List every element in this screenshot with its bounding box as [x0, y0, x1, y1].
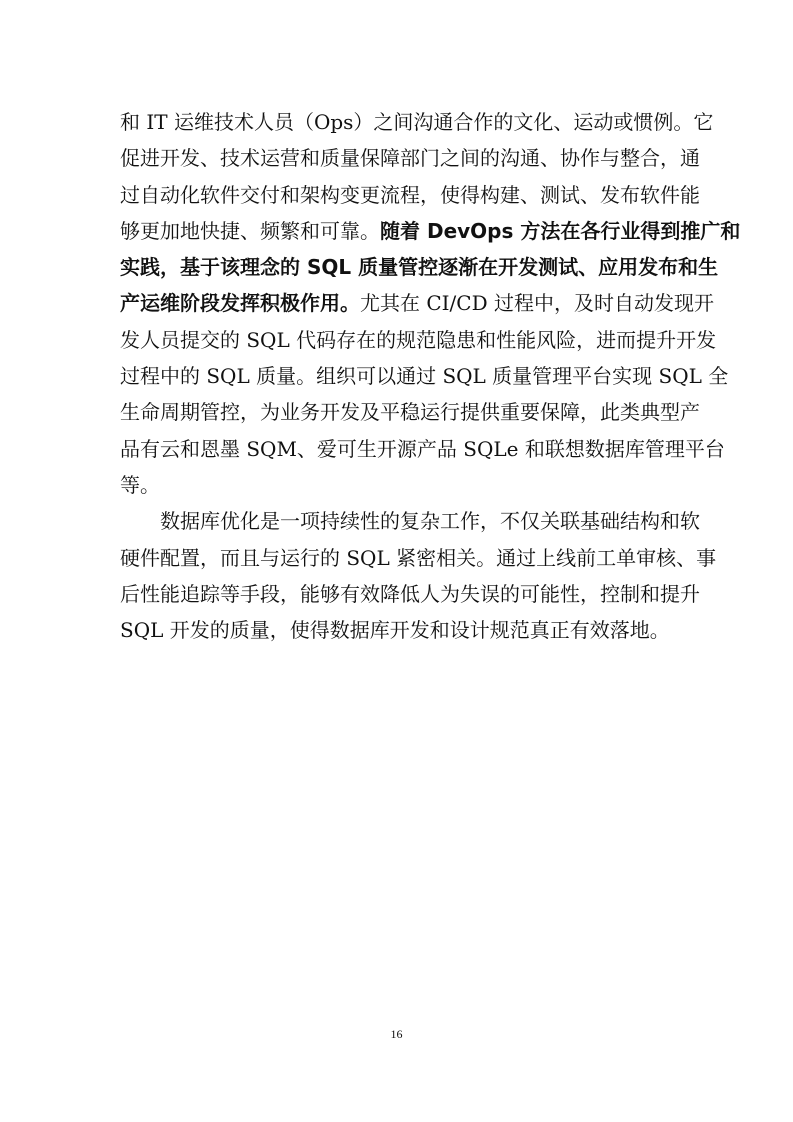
text-line: 过自动化软件交付和架构变更流程，使得构建、测试、发布软件能: [120, 177, 673, 213]
text-run: 尤其在 CI/CD 过程中，及时自动发现开: [360, 291, 714, 315]
bold-text-run: 产运维阶段发挥积极作用。: [120, 291, 360, 315]
body-text: 和 IT 运维技术人员（Ops）之间沟通合作的文化、运动或惯例。它促进开发、技术…: [120, 104, 673, 648]
text-run: 等。: [120, 473, 160, 497]
text-run: 过程中的 SQL 质量。组织可以通过 SQL 质量管理平台实现 SQL 全: [120, 364, 728, 388]
text-line: SQL 开发的质量，使得数据库开发和设计规范真正有效落地。: [120, 612, 673, 648]
text-run: 数据库优化是一项持续性的复杂工作，不仅关联基础结构和软: [120, 509, 700, 533]
text-run: 硬件配置，而且与运行的 SQL 紧密相关。通过上线前工单审核、事: [120, 546, 716, 570]
text-line: 数据库优化是一项持续性的复杂工作，不仅关联基础结构和软: [120, 503, 673, 539]
text-run: 后性能追踪等手段，能够有效降低人为失误的可能性，控制和提升: [120, 582, 700, 606]
text-line: 够更加地快捷、频繁和可靠。随着 DevOps 方法在各行业得到推广和: [120, 213, 673, 249]
text-run: 过自动化软件交付和架构变更流程，使得构建、测试、发布软件能: [120, 183, 700, 207]
text-line: 和 IT 运维技术人员（Ops）之间沟通合作的文化、运动或惯例。它: [120, 104, 673, 140]
bold-text-run: 随着 DevOps 方法在各行业得到推广和: [380, 219, 740, 243]
text-line: 发人员提交的 SQL 代码存在的规范隐患和性能风险，进而提升开发: [120, 322, 673, 358]
text-line: 生命周期管控，为业务开发及平稳运行提供重要保障，此类典型产: [120, 394, 673, 430]
text-line: 品有云和恩墨 SQM、爱可生开源产品 SQLe 和联想数据库管理平台: [120, 431, 673, 467]
text-line: 硬件配置，而且与运行的 SQL 紧密相关。通过上线前工单审核、事: [120, 540, 673, 576]
text-line: 等。: [120, 467, 673, 503]
text-line: 过程中的 SQL 质量。组织可以通过 SQL 质量管理平台实现 SQL 全: [120, 358, 673, 394]
paragraph: 和 IT 运维技术人员（Ops）之间沟通合作的文化、运动或惯例。它促进开发、技术…: [120, 104, 673, 503]
page-number: 16: [0, 1027, 793, 1042]
text-run: 品有云和恩墨 SQM、爱可生开源产品 SQLe 和联想数据库管理平台: [120, 437, 725, 461]
text-run: 生命周期管控，为业务开发及平稳运行提供重要保障，此类典型产: [120, 400, 700, 424]
text-line: 产运维阶段发挥积极作用。尤其在 CI/CD 过程中，及时自动发现开: [120, 285, 673, 321]
text-run: SQL 开发的质量，使得数据库开发和设计规范真正有效落地。: [120, 618, 670, 642]
text-run: 促进开发、技术运营和质量保障部门之间的沟通、协作与整合，通: [120, 146, 700, 170]
text-line: 实践，基于该理念的 SQL 质量管控逐渐在开发测试、应用发布和生: [120, 249, 673, 285]
bold-text-run: 实践，基于该理念的 SQL 质量管控逐渐在开发测试、应用发布和生: [120, 255, 718, 279]
text-line: 后性能追踪等手段，能够有效降低人为失误的可能性，控制和提升: [120, 576, 673, 612]
text-line: 促进开发、技术运营和质量保障部门之间的沟通、协作与整合，通: [120, 140, 673, 176]
document-page: 和 IT 运维技术人员（Ops）之间沟通合作的文化、运动或惯例。它促进开发、技术…: [0, 0, 793, 1122]
paragraph: 数据库优化是一项持续性的复杂工作，不仅关联基础结构和软硬件配置，而且与运行的 S…: [120, 503, 673, 648]
text-run: 发人员提交的 SQL 代码存在的规范隐患和性能风险，进而提升开发: [120, 328, 716, 352]
text-run: 和 IT 运维技术人员（Ops）之间沟通合作的文化、运动或惯例。它: [120, 110, 713, 134]
text-run: 够更加地快捷、频繁和可靠。: [120, 219, 380, 243]
